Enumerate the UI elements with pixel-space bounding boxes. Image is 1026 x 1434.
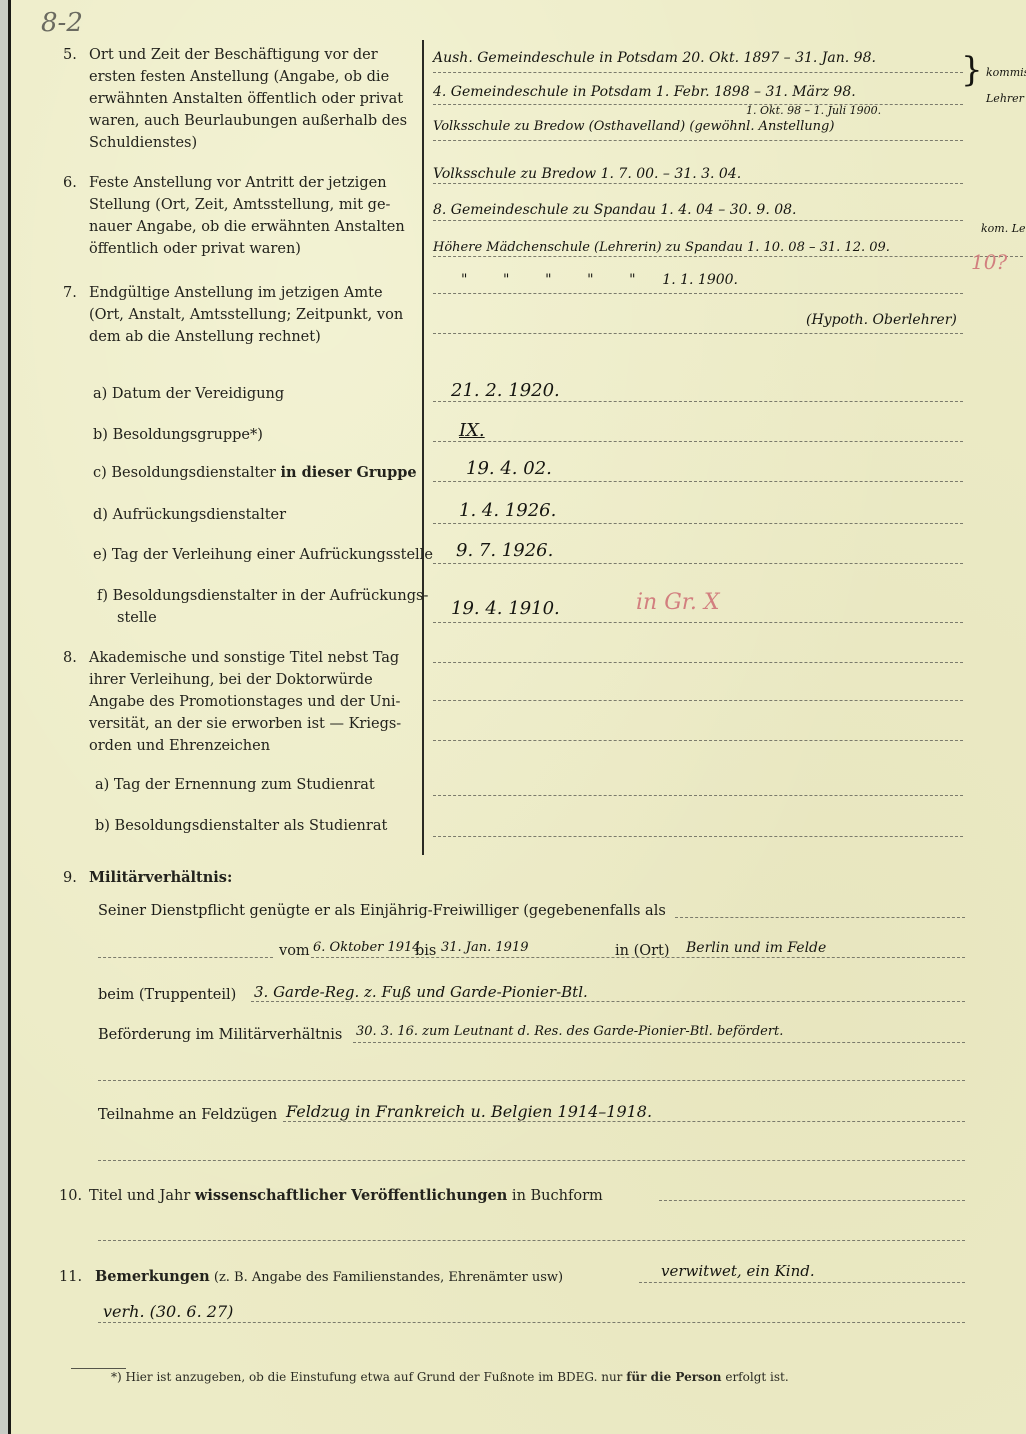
- sub-item-key: a): [93, 386, 107, 402]
- fill-line: [251, 1001, 965, 1002]
- fill-line: [98, 1160, 965, 1161]
- section-title: Militärverhältnis:: [89, 869, 232, 886]
- fill-line: [98, 1240, 965, 1241]
- section-11-label: 11.Bemerkungen (z. B. Angabe des Familie…: [59, 1266, 563, 1289]
- remarks-value-1: verwitwet, ein Kind.: [661, 1262, 815, 1280]
- section-5-label: 5.Ort und Zeit der Beschäftigung vor der…: [63, 44, 413, 154]
- bis-value: 31. Jan. 1919: [441, 940, 529, 955]
- vom-value: 6. Oktober 1914: [313, 940, 421, 955]
- befoerderung-value: 30. 3. 16. zum Leutnant d. Res. des Gard…: [356, 1024, 783, 1039]
- sub-item-text: Tag der Verleihung einer Aufrückungsstel…: [112, 547, 433, 563]
- label-line: Angabe des Promotionstages und der Uni-: [63, 691, 423, 713]
- sub-item-text: stelle: [97, 607, 428, 629]
- label-text-bold: Bemerkungen: [95, 1268, 210, 1285]
- fill-line: [98, 1322, 965, 1323]
- footnote-text: *) Hier ist anzugeben, ob die Einstufung…: [111, 1370, 626, 1384]
- footnote: *) Hier ist anzugeben, ob die Einstufung…: [111, 1370, 789, 1384]
- section-number: 8.: [63, 647, 89, 669]
- section-5-annotation: 1. Okt. 98 – 1. Juli 1900.: [746, 104, 881, 117]
- label-line: erwähnten Anstalten öffentlich oder priv…: [63, 88, 413, 110]
- section-5-entry-3: Volksschule zu Bredow (Osthavelland) (ge…: [433, 119, 834, 134]
- fill-line: [433, 795, 963, 796]
- sub-item-text: Besoldungsgruppe*): [113, 427, 263, 443]
- fill-line: [675, 917, 965, 918]
- fill-line: [98, 1080, 965, 1081]
- fill-line: [433, 740, 963, 741]
- fill-line: [433, 523, 963, 524]
- section-6-annotation: kom. Lehr.: [981, 222, 1026, 235]
- label-text: (z. B. Angabe des Familienstandes, Ehren…: [210, 1270, 563, 1285]
- fill-line: [433, 836, 963, 837]
- sub-item-d-label: d) Aufrückungsdienstalter: [93, 504, 286, 526]
- label-line: Akademische und sonstige Titel nebst Tag: [89, 650, 399, 666]
- label-line: (Ort, Anstalt, Amtsstellung; Zeitpunkt, …: [63, 304, 413, 326]
- sub-item-text-bold: in dieser Gruppe: [280, 464, 416, 481]
- fill-line: [639, 1282, 965, 1283]
- label-line: dem ab die Anstellung rechnet): [63, 326, 413, 348]
- military-line-1: Seiner Dienstpflicht genügte er als Einj…: [98, 903, 666, 919]
- fill-line: [433, 700, 963, 701]
- label-line: versität, an der sie erworben ist — Krie…: [63, 713, 423, 735]
- sub-item-text: Besoldungsdienstalter: [111, 465, 280, 481]
- footnote-text-bold: für die Person: [626, 1370, 721, 1384]
- fill-line: [433, 401, 963, 402]
- fill-line: [433, 481, 963, 482]
- fill-line: [433, 622, 963, 623]
- label-line: Feste Anstellung vor Antritt der jetzige…: [89, 175, 387, 191]
- sub-item-key: d): [93, 507, 108, 523]
- fill-line: [283, 1121, 965, 1122]
- section-5-entry-2: 4. Gemeindeschule in Potsdam 1. Febr. 18…: [433, 84, 856, 100]
- sub-item-text: Besoldungsdienstalter in der Aufrückungs…: [113, 588, 429, 604]
- fill-line: [433, 183, 963, 184]
- side-note-line: kommiss.: [986, 60, 1026, 86]
- sub-item-c-label: c) Besoldungsdienstalter in dieser Grupp…: [93, 462, 417, 484]
- sub-item-a-value: 21. 2. 1920.: [451, 380, 560, 401]
- sub-item-e-value: 9. 7. 1926.: [456, 540, 553, 561]
- label-line: Endgültige Anstellung im jetzigen Amte: [89, 285, 383, 301]
- sub-item-key: f): [97, 588, 108, 604]
- sub-item-key: e): [93, 547, 107, 563]
- fill-line: [433, 140, 963, 141]
- sub-item-text: Aufrückungsdienstalter: [113, 507, 286, 523]
- sub-item-f-label: f) Besoldungsdienstalter in der Aufrücku…: [97, 585, 428, 629]
- label-line: waren, auch Beurlaubungen außerhalb des: [63, 110, 413, 132]
- section-7-label: 7.Endgültige Anstellung im jetzigen Amte…: [63, 282, 413, 348]
- red-pencil-annotation: 10?: [971, 250, 1007, 274]
- section-number: 7.: [63, 282, 89, 304]
- fill-line: [433, 293, 963, 294]
- befoerderung-label: Beförderung im Militärverhältnis: [98, 1027, 342, 1043]
- sub-item-e-label: e) Tag der Verleihung einer Aufrückungss…: [93, 544, 433, 566]
- section-8-sub-a: a) Tag der Ernennung zum Studienrat: [95, 774, 375, 796]
- fill-line: [433, 104, 963, 105]
- label-line: öffentlich oder privat waren): [63, 238, 413, 260]
- label-line: Stellung (Ort, Zeit, Amtsstellung, mit g…: [63, 194, 413, 216]
- fill-line: [98, 957, 273, 958]
- truppenteil-value: 3. Garde-Reg. z. Fuß und Garde-Pionier-B…: [254, 983, 588, 1001]
- label-text: Titel und Jahr: [89, 1188, 195, 1204]
- section-6-entry-3: Höhere Mädchenschule (Lehrerin) zu Spand…: [433, 240, 890, 255]
- section-8-label: 8.Akademische und sonstige Titel nebst T…: [63, 647, 423, 757]
- sub-item-key: c): [93, 465, 107, 481]
- feldzuege-label: Teilnahme an Feldzügen: [98, 1107, 277, 1123]
- sub-item-c-value: 19. 4. 02.: [466, 458, 552, 479]
- feldzuege-value: Feldzug in Frankreich u. Belgien 1914–19…: [286, 1102, 652, 1121]
- section-10-label: 10.Titel und Jahr wissenschaftlicher Ver…: [59, 1185, 603, 1207]
- label-line: Ort und Zeit der Beschäftigung vor der: [89, 47, 378, 63]
- label-text: in Buchform: [507, 1188, 602, 1204]
- sub-item-key: b): [93, 427, 108, 443]
- section-number: 9.: [63, 867, 89, 889]
- section-6-entry-1: Volksschule zu Bredow 1. 7. 00. – 31. 3.…: [433, 166, 741, 182]
- document-page: 8-2 5.Ort und Zeit der Beschäftigung vor…: [8, 0, 1026, 1434]
- fill-line: [433, 256, 1023, 257]
- sub-item-f-value: 19. 4. 1910.: [451, 598, 560, 619]
- fill-line: [659, 1200, 965, 1201]
- corner-pencil-mark: 8-2: [41, 8, 83, 38]
- label-line: orden und Ehrenzeichen: [63, 735, 423, 757]
- side-note-line: Lehrer: [986, 86, 1026, 112]
- fill-line: [433, 563, 963, 564]
- label-line: nauer Angabe, ob die erwähnten Anstalten: [63, 216, 413, 238]
- fill-line: [433, 662, 963, 663]
- ort-value: Berlin und im Felde: [686, 940, 826, 956]
- footnote-text: erfolgt ist.: [722, 1370, 789, 1384]
- section-5-entry-1: Aush. Gemeindeschule in Potsdam 20. Okt.…: [433, 50, 876, 66]
- remarks-value-2: verh. (30. 6. 27): [103, 1302, 233, 1321]
- label-line: ihrer Verleihung, bei der Doktorwürde: [63, 669, 423, 691]
- footnote-rule: [71, 1368, 126, 1369]
- section-7-entry-1: " " " " " 1. 1. 1900.: [461, 272, 738, 288]
- fill-line: [433, 220, 963, 221]
- section-number: 5.: [63, 44, 89, 66]
- sub-item-a-label: a) Datum der Vereidigung: [93, 383, 284, 405]
- fill-line: [311, 957, 965, 958]
- section-5-side-note: kommiss. Lehrer: [986, 60, 1026, 112]
- sub-item-text: Datum der Vereidigung: [112, 386, 284, 402]
- brace-icon: }: [961, 50, 983, 90]
- sub-item-b-value: IX.: [459, 420, 485, 441]
- section-number: 10.: [59, 1185, 89, 1207]
- section-6-entry-2: 8. Gemeindeschule zu Spandau 1. 4. 04 – …: [433, 202, 797, 218]
- sub-item-d-value: 1. 4. 1926.: [459, 500, 556, 521]
- red-pencil-annotation: in Gr. X: [636, 590, 720, 615]
- label-line: ersten festen Anstellung (Angabe, ob die: [63, 66, 413, 88]
- label-line: Schuldienstes): [63, 132, 413, 154]
- fill-line: [433, 333, 963, 334]
- section-8-sub-b: b) Besoldungsdienstalter als Studienrat: [95, 815, 387, 837]
- fill-line: [433, 441, 963, 442]
- sub-item-b-label: b) Besoldungsgruppe*): [93, 424, 263, 446]
- section-number: 11.: [59, 1266, 95, 1288]
- section-number: 6.: [63, 172, 89, 194]
- truppenteil-label: beim (Truppenteil): [98, 987, 236, 1003]
- section-9-title: 9.Militärverhältnis:: [63, 867, 232, 889]
- vom-label: vom: [279, 943, 310, 959]
- section-7-entry-2: (Hypoth. Oberlehrer): [806, 312, 957, 328]
- fill-line: [433, 72, 963, 73]
- fill-line: [353, 1042, 965, 1043]
- section-6-label: 6.Feste Anstellung vor Antritt der jetzi…: [63, 172, 413, 260]
- label-text-bold: wissenschaftlicher Veröffentlichungen: [195, 1187, 507, 1204]
